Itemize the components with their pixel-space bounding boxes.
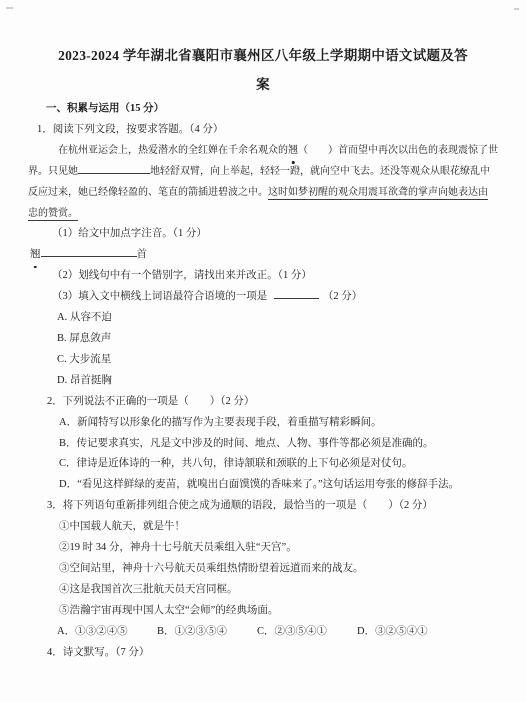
passage-text: 界。只见她: [28, 166, 78, 177]
q3-choices-row: A．①③②④⑤ B．①②③⑤④ C．②③⑤④① D．③②⑤④①: [57, 622, 526, 643]
q3-sentence-4: ④这是我国首次三批航天员天宫同框。: [59, 580, 526, 601]
title-line-2: 案: [0, 70, 526, 99]
q1-sub1: （1）给文中加点字注音。（1 分）: [52, 224, 526, 245]
underlined-sentence: 忠的赞赏。: [28, 208, 78, 221]
q1-sub3-score: （2 分）: [323, 291, 362, 302]
q2-option-c: C．律诗是近体诗的一种，共八句，律诗颔联和颈联的上下句必须是对仗句。: [59, 454, 526, 475]
dotted-char-qiao: 翘: [30, 245, 41, 266]
passage-text: （ ）首而望中再次以出色的表现震惊了世: [298, 145, 498, 156]
q1-passage-line-2: 界。只见她地轻舒双臂，向上举起，轻轻一蹬，就向空中飞去。还没等观众从眼花缭乱中: [28, 162, 526, 183]
q1-passage-line-3: 反应过来，她已经像轻盈的、笔直的箭插进碧波之中。这时如梦初醒的观众用震耳欲聋的掌…: [28, 183, 526, 204]
q4-stem: 4．诗文默写。（7 分）: [47, 643, 526, 664]
dotted-char-qiao: 翘: [288, 141, 298, 162]
q3-stem: 3．将下列语句重新排列组合使之成为通顺的语段，最恰当的一项是（ ）（2 分）: [47, 496, 526, 517]
q2-stem: 2．下列说法不正确的一项是（ ）（2 分）: [47, 392, 526, 413]
q3-sentence-2: ②19 时 34 分，神舟十七号航天员乘组入驻“天宫”。: [59, 538, 526, 559]
underlined-sentence: 这时如梦初醒的观众用震耳欲聋的掌声向她表达由: [268, 187, 488, 200]
q1-option-d: D. 昂首挺胸: [57, 371, 526, 392]
q1-stem: 1．阅读下列文段，按要求答题。（4 分）: [37, 120, 526, 141]
q3-choice-b: B．①②③⑤④: [157, 622, 257, 643]
q1-pinyin-line: 翘首: [30, 245, 526, 266]
q1-sub2: （2）划线句中有一个错别字，请找出来并改正。（1 分）: [52, 266, 526, 287]
answer-blank: [274, 288, 319, 299]
q1-sub3-text: （3）填入文中横线上词语最符合语境的一项是: [52, 291, 267, 302]
q3-sentence-5: ⑤浩瀚宇宙再现中国人太空“会师”的经典场面。: [59, 601, 526, 622]
fill-in-blank-line: [78, 163, 150, 174]
q1-option-b: B. 屏息敛声: [57, 329, 526, 350]
passage-text: 在杭州亚运会上，热爱潜水的全红婵在千余名观众的: [58, 145, 288, 156]
passage-text: 反应过来，她已经像轻盈的、笔直的箭插进碧波之中。: [28, 187, 268, 198]
q1-option-c: C. 大步流星: [57, 350, 526, 371]
exam-document-page: 2023-2024 学年湖北省襄阳市襄州区八年级上学期期中语文试题及答 案 一、…: [0, 0, 526, 702]
q2-option-a: A．新闻特写以形象化的描写作为主要表现手段，着重描写精彩瞬间。: [59, 413, 526, 434]
q2-option-b: B．传记要求真实，凡是文中涉及的时间、地点、人物、事件等都必须是准确的。: [59, 434, 526, 455]
document-title: 2023-2024 学年湖北省襄阳市襄州区八年级上学期期中语文试题及答 案: [0, 0, 526, 99]
scan-artifact: [514, 8, 519, 10]
q1-passage-line-1: 在杭州亚运会上，热爱潜水的全红婵在千余名观众的翘（ ）首而望中再次以出色的表现震…: [28, 141, 526, 162]
title-line-1: 2023-2024 学年湖北省襄阳市襄州区八年级上学期期中语文试题及答: [0, 41, 526, 70]
q3-choice-a: A．①③②④⑤: [57, 622, 157, 643]
q3-sentence-3: ③空间站里，神舟十六号航天员乘组热情盼望着远道而来的战友。: [59, 559, 526, 580]
q1-option-a: A. 从容不迫: [57, 308, 526, 329]
q3-sentence-1: ①中国载人航天，就是牛！: [59, 517, 526, 538]
pinyin-answer-blank: [41, 246, 137, 257]
q3-choice-d: D．③②⑤④①: [357, 622, 428, 643]
pinyin-suffix: 首: [137, 249, 148, 260]
section-heading: 一、积累与运用（15 分）: [46, 99, 526, 120]
scan-artifact: [6, 7, 13, 9]
q3-choice-c: C．②③⑤④①: [257, 622, 357, 643]
q1-passage-line-4: 忠的赞赏。: [28, 204, 526, 225]
q2-option-d: D．“看见这样鲜绿的麦苗，就嗅出白面馍馍的香味来了。”这句话运用夸张的修辞手法。: [59, 475, 526, 496]
passage-text: 地轻舒双臂，向上举起，轻轻一蹬，就向空中飞去。还没等观众从眼花缭乱中: [150, 166, 490, 177]
q1-sub3: （3）填入文中横线上词语最符合语境的一项是 （2 分）: [52, 287, 526, 308]
